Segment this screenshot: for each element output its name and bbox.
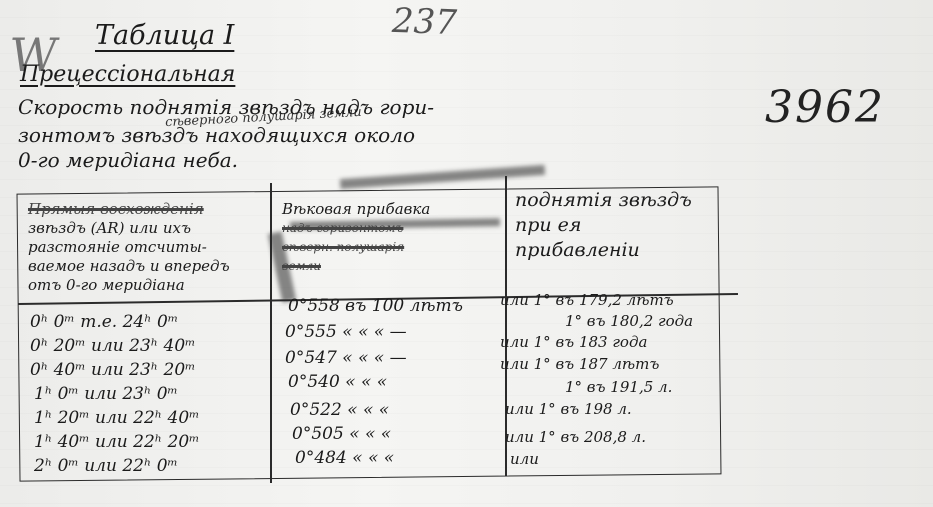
archive-number: 3962 (765, 82, 885, 133)
column-divider (270, 183, 272, 483)
col1-header-line: разстояніе отсчиты- (28, 238, 230, 257)
col3-header-line: поднятія звѣздъ (515, 188, 692, 213)
col1-header-line: звѣздъ (AR) или ихъ (28, 219, 230, 238)
caption-line-1: Скорость поднятія звѣздъ надъ гори- (18, 95, 434, 119)
rise-cell: или 1° въ 183 года (500, 333, 647, 351)
secular-cell: 0°558 въ 100 лѣтъ (288, 296, 463, 316)
ra-cell: 0ʰ 0ᵐ т.е. 24ʰ 0ᵐ (30, 312, 178, 332)
caption-line-3: 0-го меридіана неба. (18, 148, 238, 172)
col1-header-line: ваемое назадъ и впередъ (28, 257, 230, 276)
caption-line-2: зонтомъ звѣздъ находящихся около (18, 123, 415, 147)
col2-header-line: Вѣковая прибавка (282, 200, 430, 219)
subtitle: Прецессіональная (20, 62, 235, 87)
col1-header-line: отъ 0-го меридіана (28, 276, 230, 295)
rise-cell: 1° въ 180,2 года (565, 312, 693, 330)
col3-header-line: прибавленіи (515, 238, 692, 263)
ra-cell: 0ʰ 20ᵐ или 23ʰ 40ᵐ (30, 336, 196, 356)
rise-cell: или 1° въ 198 л. (505, 400, 632, 418)
table-title: Таблица I (95, 20, 234, 51)
secular-cell: 0°547 « « « — (285, 348, 407, 368)
secular-cell: 0°522 « « « (290, 400, 389, 420)
ra-cell: 1ʰ 40ᵐ или 22ʰ 20ᵐ (34, 432, 200, 452)
rise-cell: или 1° въ 208,8 л. (505, 428, 646, 446)
col3-header: поднятія звѣздъ при ея прибавленіи (515, 188, 692, 263)
ra-cell: 1ʰ 0ᵐ или 23ʰ 0ᵐ (34, 384, 178, 404)
secular-cell: 0°555 « « « — (285, 322, 407, 342)
rise-cell: или 1° въ 179,2 лѣтъ (500, 291, 674, 309)
ra-cell: 0ʰ 40ᵐ или 23ʰ 20ᵐ (30, 360, 196, 380)
ra-cell: 1ʰ 20ᵐ или 22ʰ 40ᵐ (34, 408, 200, 428)
col1-header-line: Прямыя восхожденія (28, 200, 230, 219)
col2-struck-line: земли (282, 257, 430, 276)
rise-cell: или 1° въ 187 лѣтъ (500, 355, 659, 373)
col2-struck-line: надъ горизонтомъ (282, 219, 430, 238)
col1-header: Прямыя восхожденія звѣздъ (AR) или ихъ р… (28, 200, 230, 295)
ra-cell: 2ʰ 0ᵐ или 22ʰ 0ᵐ (34, 456, 178, 476)
secular-cell: 0°540 « « « (288, 372, 387, 392)
col3-header-line: при ея (515, 213, 692, 238)
col2-header: Вѣковая прибавка надъ горизонтомъ сѣверн… (282, 200, 430, 276)
folio-number: 237 (391, 1, 457, 43)
rise-cell: или (510, 450, 539, 468)
col2-struck-line: сѣверн. полушарія (282, 238, 430, 257)
rise-cell: 1° въ 191,5 л. (565, 378, 672, 396)
secular-cell: 0°505 « « « (292, 424, 391, 444)
secular-cell: 0°484 « « « (295, 448, 394, 468)
